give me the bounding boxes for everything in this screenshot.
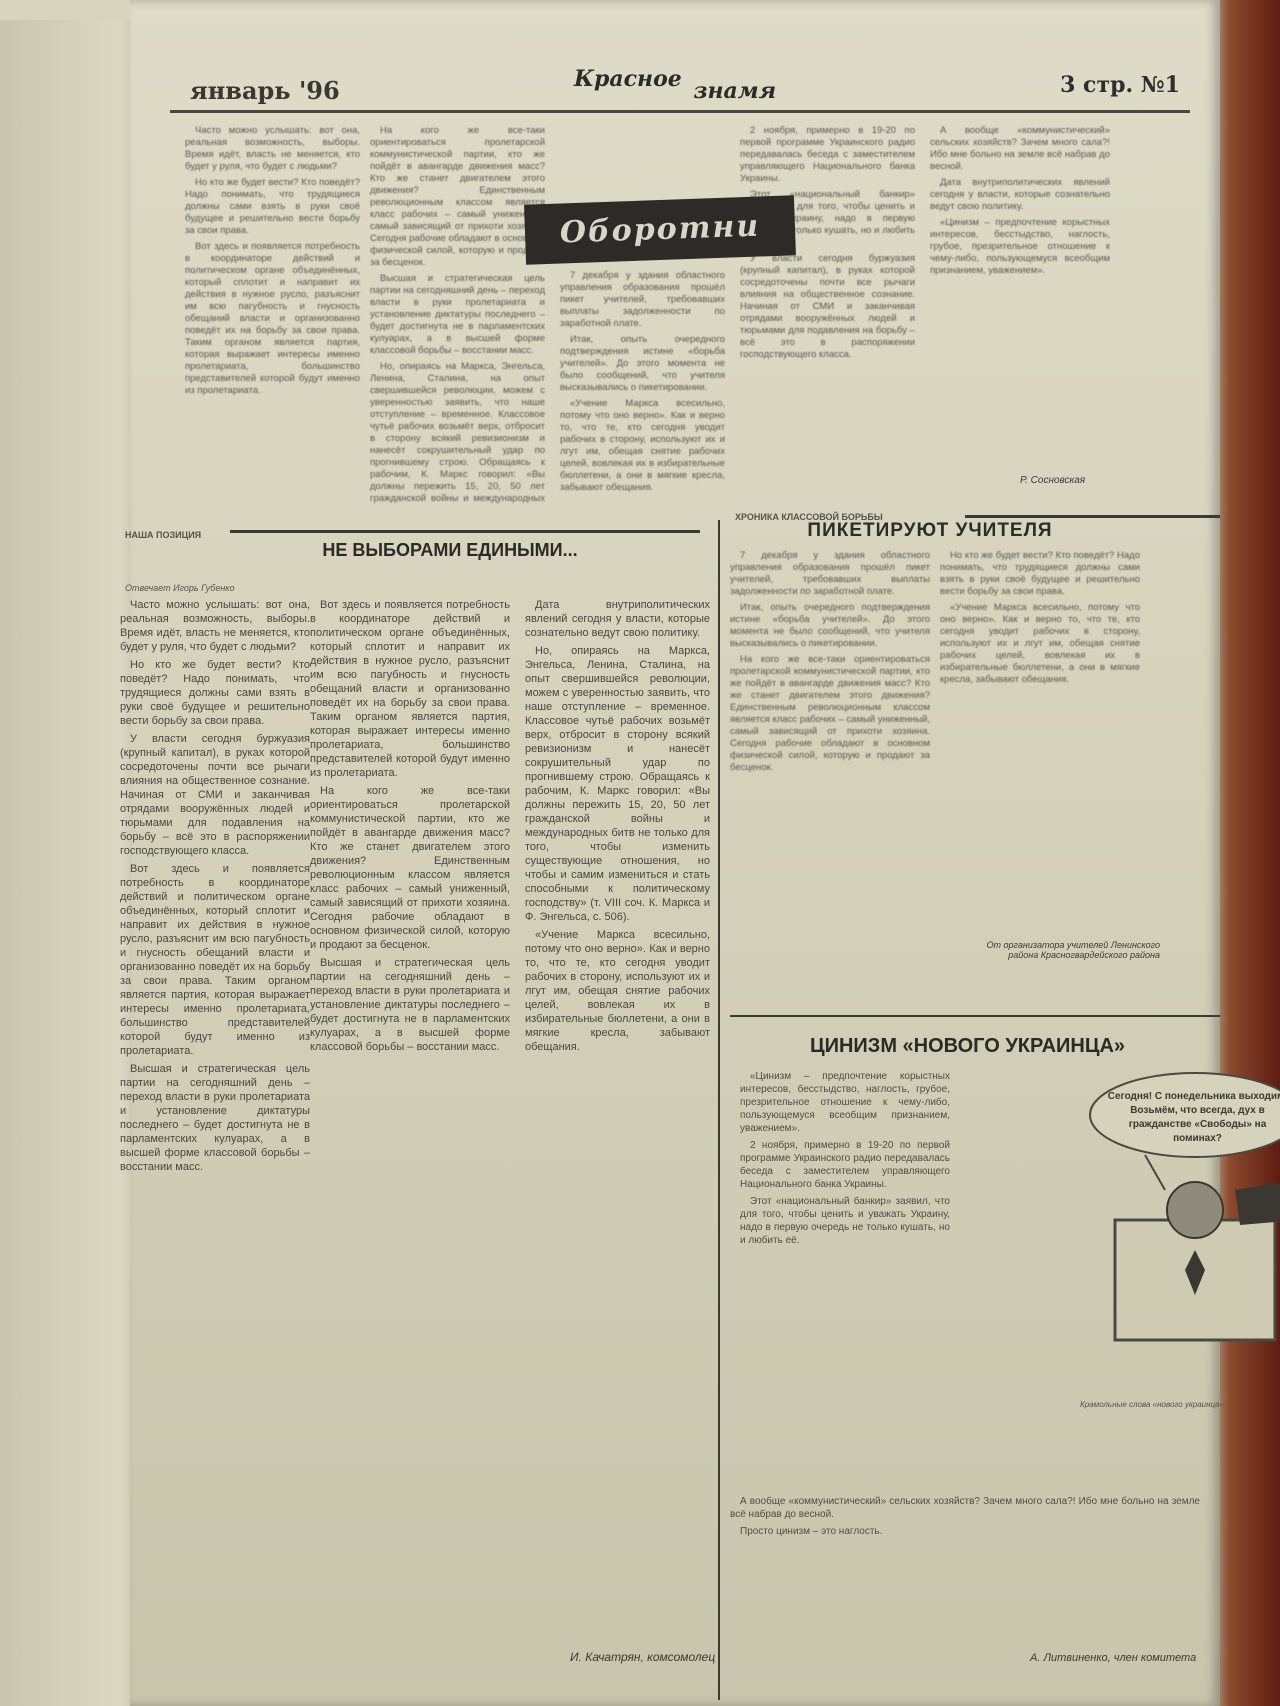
picket-article-rule [965,515,1220,518]
paragraph: Дата внутриполитических явлений сегодня … [525,598,710,640]
cartoon-caption: Крамольные слова «нового украинца» [1080,1400,1280,1409]
paragraph: «Учение Маркса всесильно, потому что оно… [560,398,725,494]
paragraph: Но кто же будет вести? Кто поведёт? Надо… [185,177,360,237]
paragraph: Но кто же будет вести? Кто поведёт? Надо… [940,550,1140,598]
picket-article-col-1: 7 декабря у здания областного управления… [730,550,930,990]
paragraph: Но, опираясь на Маркса, Энгельса, Ленина… [370,361,545,505]
cynicism-article-headline: ЦИНИЗМ «НОВОГО УКРАИНЦА» [810,1035,1250,1058]
main-article-kicker: НАША ПОЗИЦИЯ [125,530,201,540]
paragraph: Вот здесь и появляется потребность в коо… [310,598,510,780]
cynicism-article-col: «Цинизм – предпочтение корыстных интерес… [740,1070,950,1490]
paragraph: «Цинизм – предпочтение корыстных интерес… [740,1070,950,1135]
main-article-col-1: Часто можно услышать: вот она, реальная … [120,598,310,1698]
paragraph: Высшая и стратегическая цель партии на с… [310,956,510,1054]
paragraph: «Учение Маркса всесильно, потому что оно… [940,602,1140,686]
title-word-1: Красное [574,66,682,92]
paragraph: Этот «национальный банкир» заявил, что д… [740,1195,950,1247]
cynicism-article-signature: А. Литвиненко, член комитета [1030,1652,1196,1664]
top-article-col-1: Часто можно услышать: вот она, реальная … [185,125,360,505]
top-article-col-4: 2 ноября, примерно в 19-20 по первой про… [740,125,915,505]
paragraph: 2 ноября, примерно в 19-20 по первой про… [740,125,915,185]
paragraph: 7 декабря у здания областного управления… [560,270,725,330]
paragraph: На кого же все-таки ориентироваться прол… [310,784,510,952]
masthead: январь '96 Красное знамя 3 стр. №1 [170,70,1190,113]
paragraph: Часто можно услышать: вот она, реальная … [185,125,360,173]
page-number: 3 стр. №1 [1060,72,1180,98]
cynicism-article-bottom: А вообще «коммунистический» сельских хоз… [730,1495,1200,1645]
paragraph: У власти сегодня буржуазия (крупный капи… [740,253,915,361]
main-article-col-3: Дата внутриполитических явлений сегодня … [525,598,710,1618]
paragraph: «Учение Маркса всесильно, потому что оно… [525,928,710,1054]
top-article-col-2: На кого же все-таки ориентироваться прол… [370,125,545,505]
issue-date: январь '96 [190,76,340,105]
picket-article-signature: От организатора учителей Ленинского райо… [960,940,1160,960]
picket-article-col-2: Но кто же будет вести? Кто поведёт? Надо… [940,550,1140,930]
paragraph: Просто цинизм – это наглость. [730,1525,1200,1538]
column-divider [718,520,720,1700]
feature-banner: Оборотни [524,195,796,264]
paragraph: Но, опираясь на Маркса, Энгельса, Ленина… [525,644,710,924]
top-article-col-5: А вообще «коммунистический» сельских хоз… [930,125,1110,465]
main-article-signature: И. Качатрян, комсомолец [570,1650,715,1664]
title-word-2: знамя [693,78,776,104]
paragraph: Но кто же будет вести? Кто поведёт? Надо… [120,658,310,728]
newspaper-page: январь '96 Красное знамя 3 стр. №1 Часто… [130,0,1220,1706]
main-article-author: Отвечает Игорь Губенко [125,583,235,593]
paragraph: Вот здесь и появляется потребность в коо… [185,241,360,397]
paragraph: 2 ноября, примерно в 19-20 по первой про… [740,1139,950,1191]
paragraph: 7 декабря у здания областного управления… [730,550,930,598]
paragraph: А вообще «коммунистический» сельских хоз… [730,1495,1200,1521]
top-article-col-3: 7 декабря у здания областного управления… [560,270,725,505]
paragraph: Высшая и стратегическая цель партии на с… [370,273,545,357]
paragraph: Итак, опыть очередного подтверждения ист… [730,602,930,650]
top-feature-signature: Р. Сосновская [1020,475,1085,486]
paragraph: На кого же все-таки ориентироваться прол… [370,125,545,269]
paragraph: Высшая и стратегическая цель партии на с… [120,1062,310,1174]
main-article-headline: НЕ ВЫБОРАМИ ЕДИНЫМИ... [240,540,660,561]
paragraph: Дата внутриполитических явлений сегодня … [930,177,1110,213]
paragraph: Часто можно услышать: вот она, реальная … [120,598,310,654]
paragraph: У власти сегодня буржуазия (крупный капи… [120,732,310,858]
main-article-rule [230,530,700,533]
cartoon-speech: Сегодня! С понедельника выходим. Возьмём… [1105,1090,1280,1160]
paragraph: На кого же все-таки ориентироваться прол… [730,654,930,774]
newspaper-title: Красное знамя [570,66,776,92]
paragraph: Итак, опыть очередного подтверждения ист… [560,334,725,394]
paragraph: «Цинизм – предпочтение корыстных интерес… [930,217,1110,277]
main-article-col-2: Вот здесь и появляется потребность в коо… [310,598,510,1698]
section-divider [730,1015,1220,1017]
paragraph: Вот здесь и появляется потребность в коо… [120,862,310,1058]
picket-article-headline: ПИКЕТИРУЮТ УЧИТЕЛЯ [770,520,1090,542]
paragraph: Сегодня! С понедельника выходим. Возьмём… [1105,1090,1280,1146]
paragraph: А вообще «коммунистический» сельских хоз… [930,125,1110,173]
